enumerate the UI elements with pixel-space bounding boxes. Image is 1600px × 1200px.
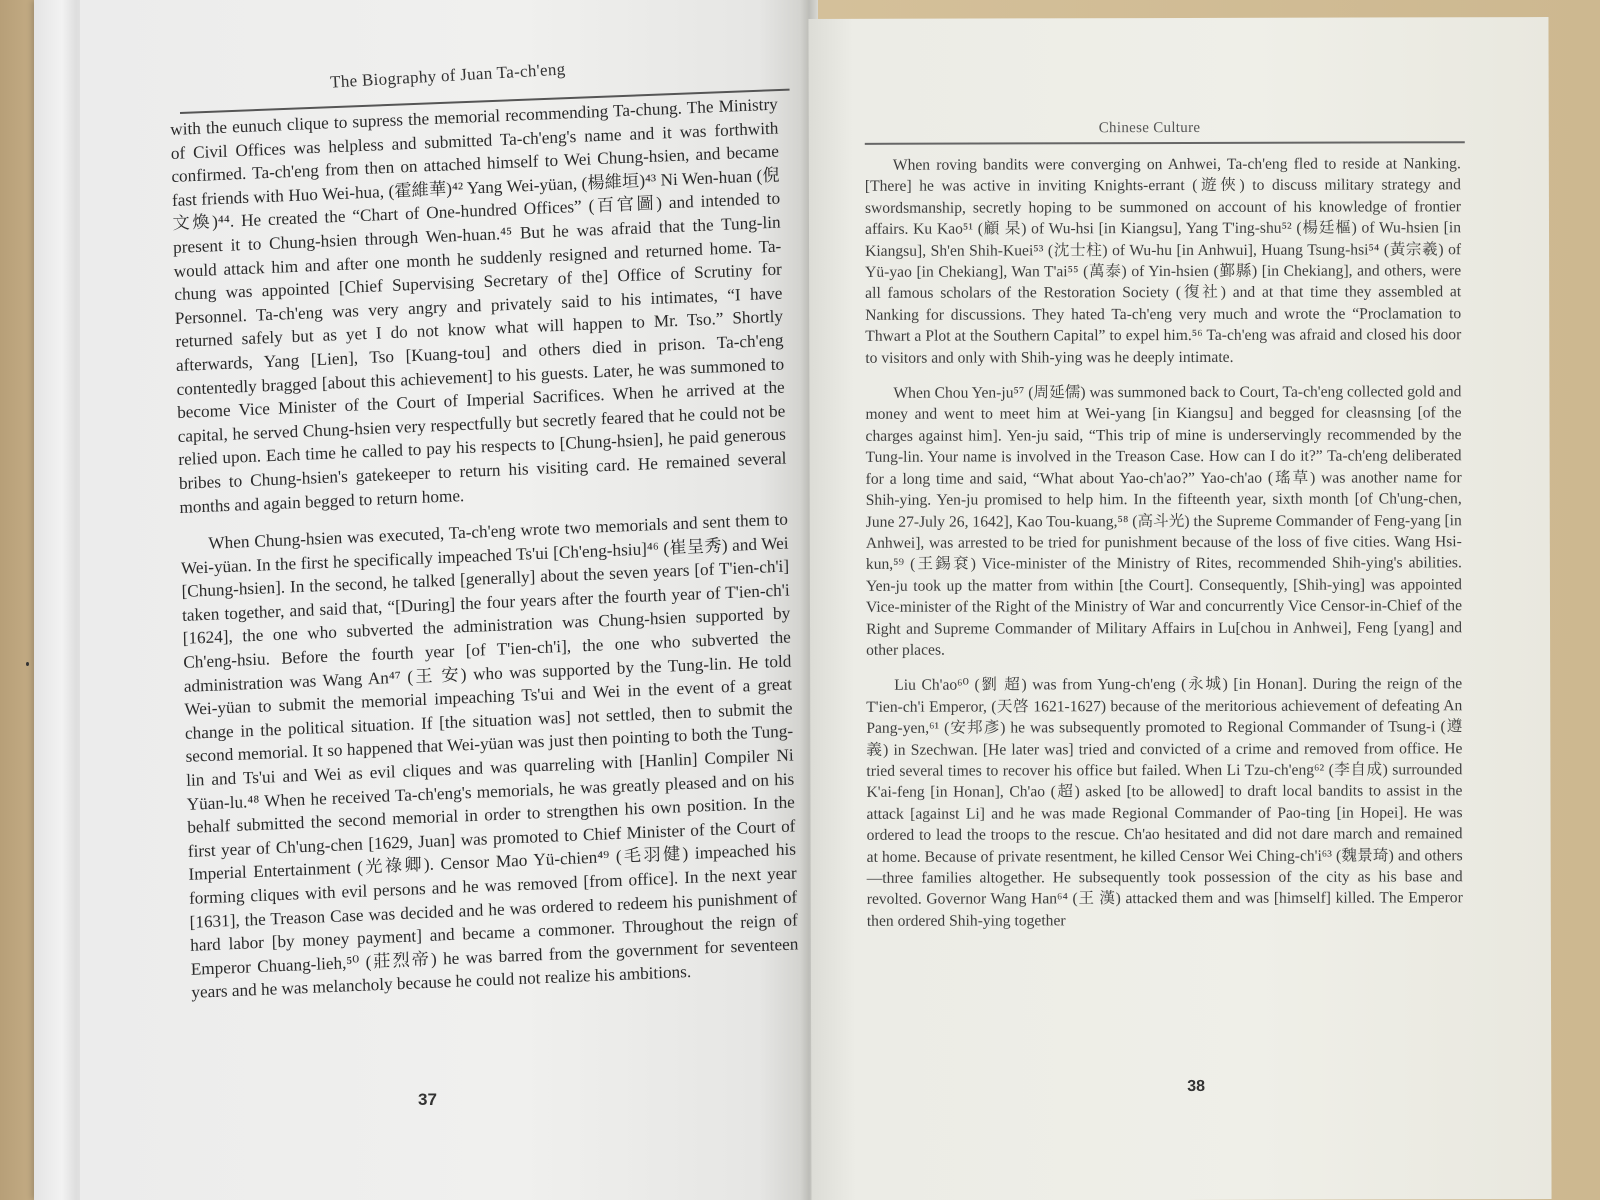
stray-ink-mark [26,662,29,666]
left-page-body: with the eunuch clique to supress the me… [170,93,799,1019]
page-number-right: 38 [1187,1078,1205,1096]
left-page: The Biography of Juan Ta-ch'eng with the… [80,0,810,1200]
right-page: Chinese Culture When roving bandits were… [808,17,1551,1200]
running-head-right: Chinese Culture [1099,120,1201,137]
right-page-body: When roving bandits were converging on A… [865,153,1463,946]
page-number-left: 37 [418,1090,437,1110]
paragraph: When Chou Yen-ju⁵⁷ (周延儒) was summoned ba… [865,381,1462,661]
running-head-left: The Biography of Juan Ta-ch'eng [330,59,566,92]
header-rule-right [865,141,1465,144]
paragraph: Liu Ch'ao⁶⁰ (劉 超) was from Yung-ch'eng (… [866,674,1463,932]
paragraph: When roving bandits were converging on A… [865,153,1462,369]
paragraph: with the eunuch clique to supress the me… [170,93,787,519]
paragraph: When Chung-hsien was executed, Ta-ch'eng… [180,508,799,1005]
